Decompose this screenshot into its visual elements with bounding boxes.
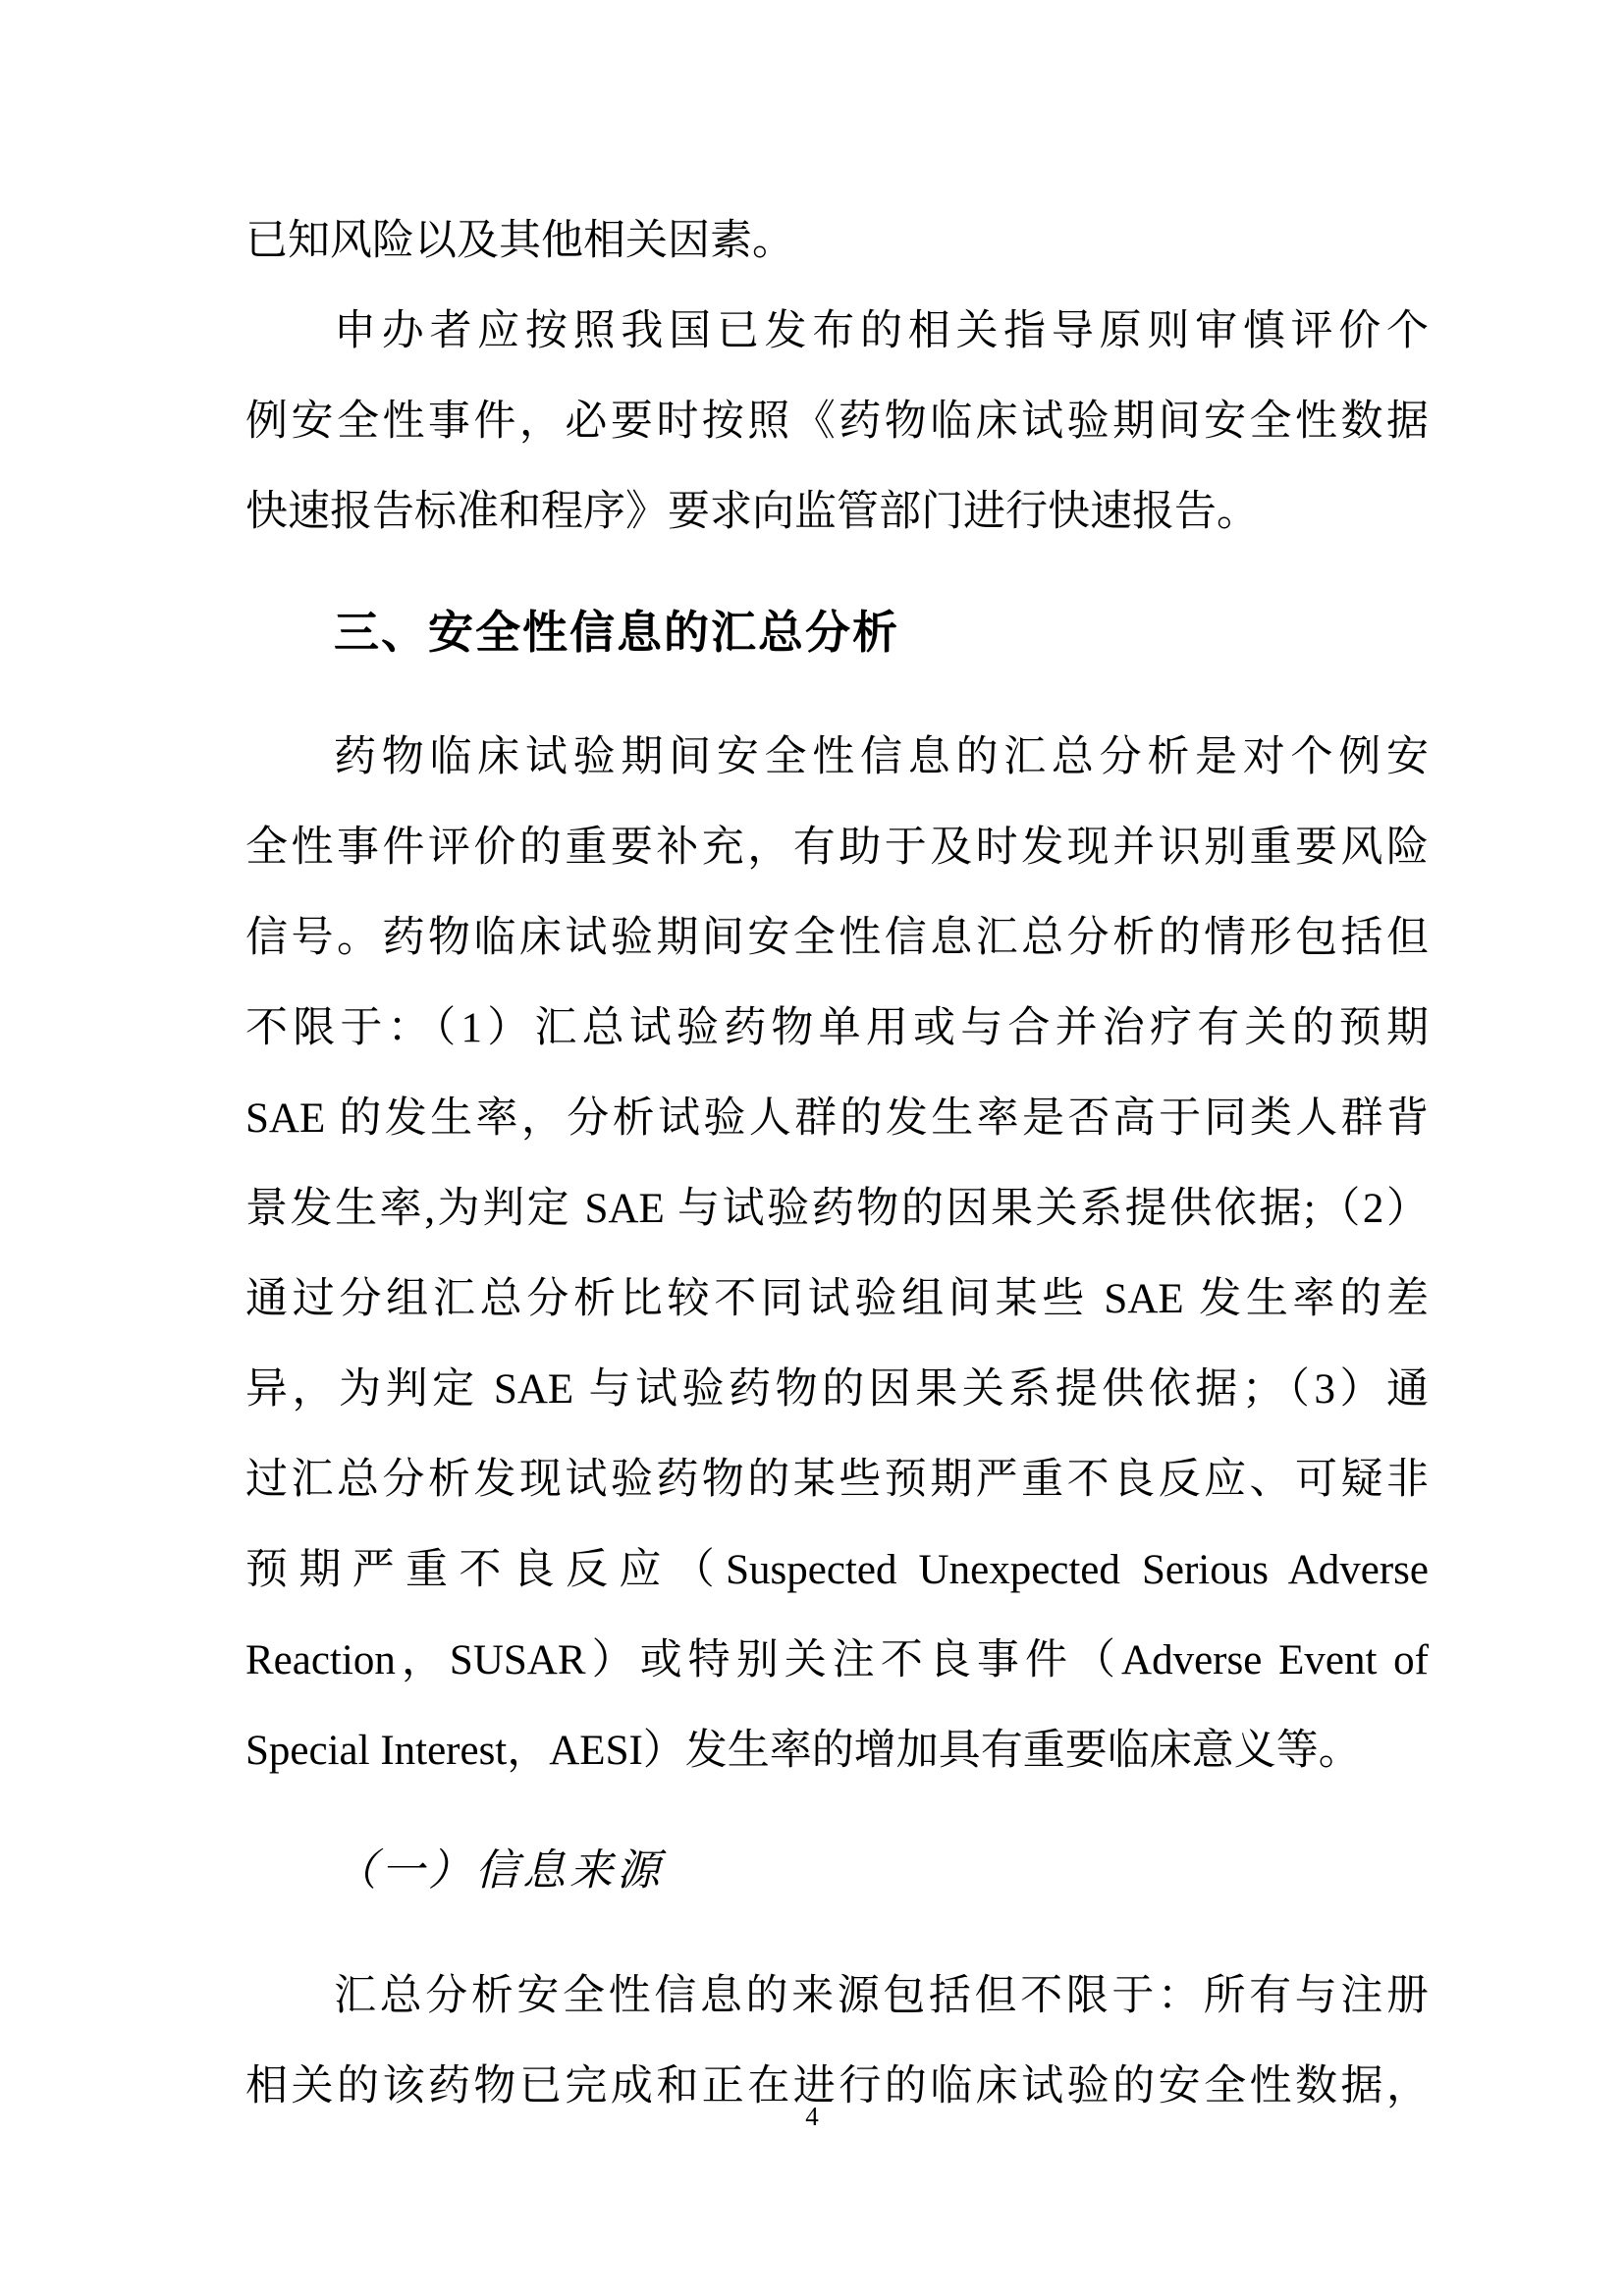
- body-line: Reaction，SUSAR）或特别关注不良事件（Adverse Event o…: [245, 1616, 1429, 1706]
- section-heading: 三、安全性信息的汇总分析: [245, 587, 1429, 677]
- body-line: 药物临床试验期间安全性信息的汇总分析是对个例安: [245, 713, 1429, 803]
- body-line: 例安全性事件，必要时按照《药物临床试验期间安全性数据: [245, 377, 1429, 467]
- document-page: 已知风险以及其他相关因素。 申办者应按照我国已发布的相关指导原则审慎评价个 例安…: [0, 0, 1624, 2296]
- body-line: 已知风险以及其他相关因素。: [245, 196, 1429, 287]
- body-line: 不限于：（1）汇总试验药物单用或与合并治疗有关的预期: [245, 984, 1429, 1074]
- document-body: 已知风险以及其他相关因素。 申办者应按照我国已发布的相关指导原则审慎评价个 例安…: [245, 196, 1429, 2132]
- body-line: 过汇总分析发现试验药物的某些预期严重不良反应、可疑非: [245, 1435, 1429, 1525]
- body-line: 景发生率,为判定 SAE 与试验药物的因果关系提供依据;（2）: [245, 1164, 1429, 1255]
- body-line: SAE 的发生率，分析试验人群的发生率是否高于同类人群背: [245, 1074, 1429, 1164]
- body-line: 快速报告标准和程序》要求向监管部门进行快速报告。: [245, 467, 1429, 558]
- body-line: 汇总分析安全性信息的来源包括但不限于：所有与注册: [245, 1951, 1429, 2042]
- subsection-heading: （一）信息来源: [245, 1826, 1429, 1916]
- page-number: 4: [0, 2099, 1624, 2134]
- body-line: Special Interest，AESI）发生率的增加具有重要临床意义等。: [245, 1706, 1429, 1796]
- body-line: 申办者应按照我国已发布的相关指导原则审慎评价个: [245, 287, 1429, 377]
- body-line: 全性事件评价的重要补充，有助于及时发现并识别重要风险: [245, 803, 1429, 893]
- body-line: 信号。药物临床试验期间安全性信息汇总分析的情形包括但: [245, 893, 1429, 984]
- body-line: 预期严重不良反应（Suspected Unexpected Serious Ad…: [245, 1525, 1429, 1616]
- body-line: 异，为判定 SAE 与试验药物的因果关系提供依据；（3）通: [245, 1345, 1429, 1435]
- body-line: 通过分组汇总分析比较不同试验组间某些 SAE 发生率的差: [245, 1255, 1429, 1345]
